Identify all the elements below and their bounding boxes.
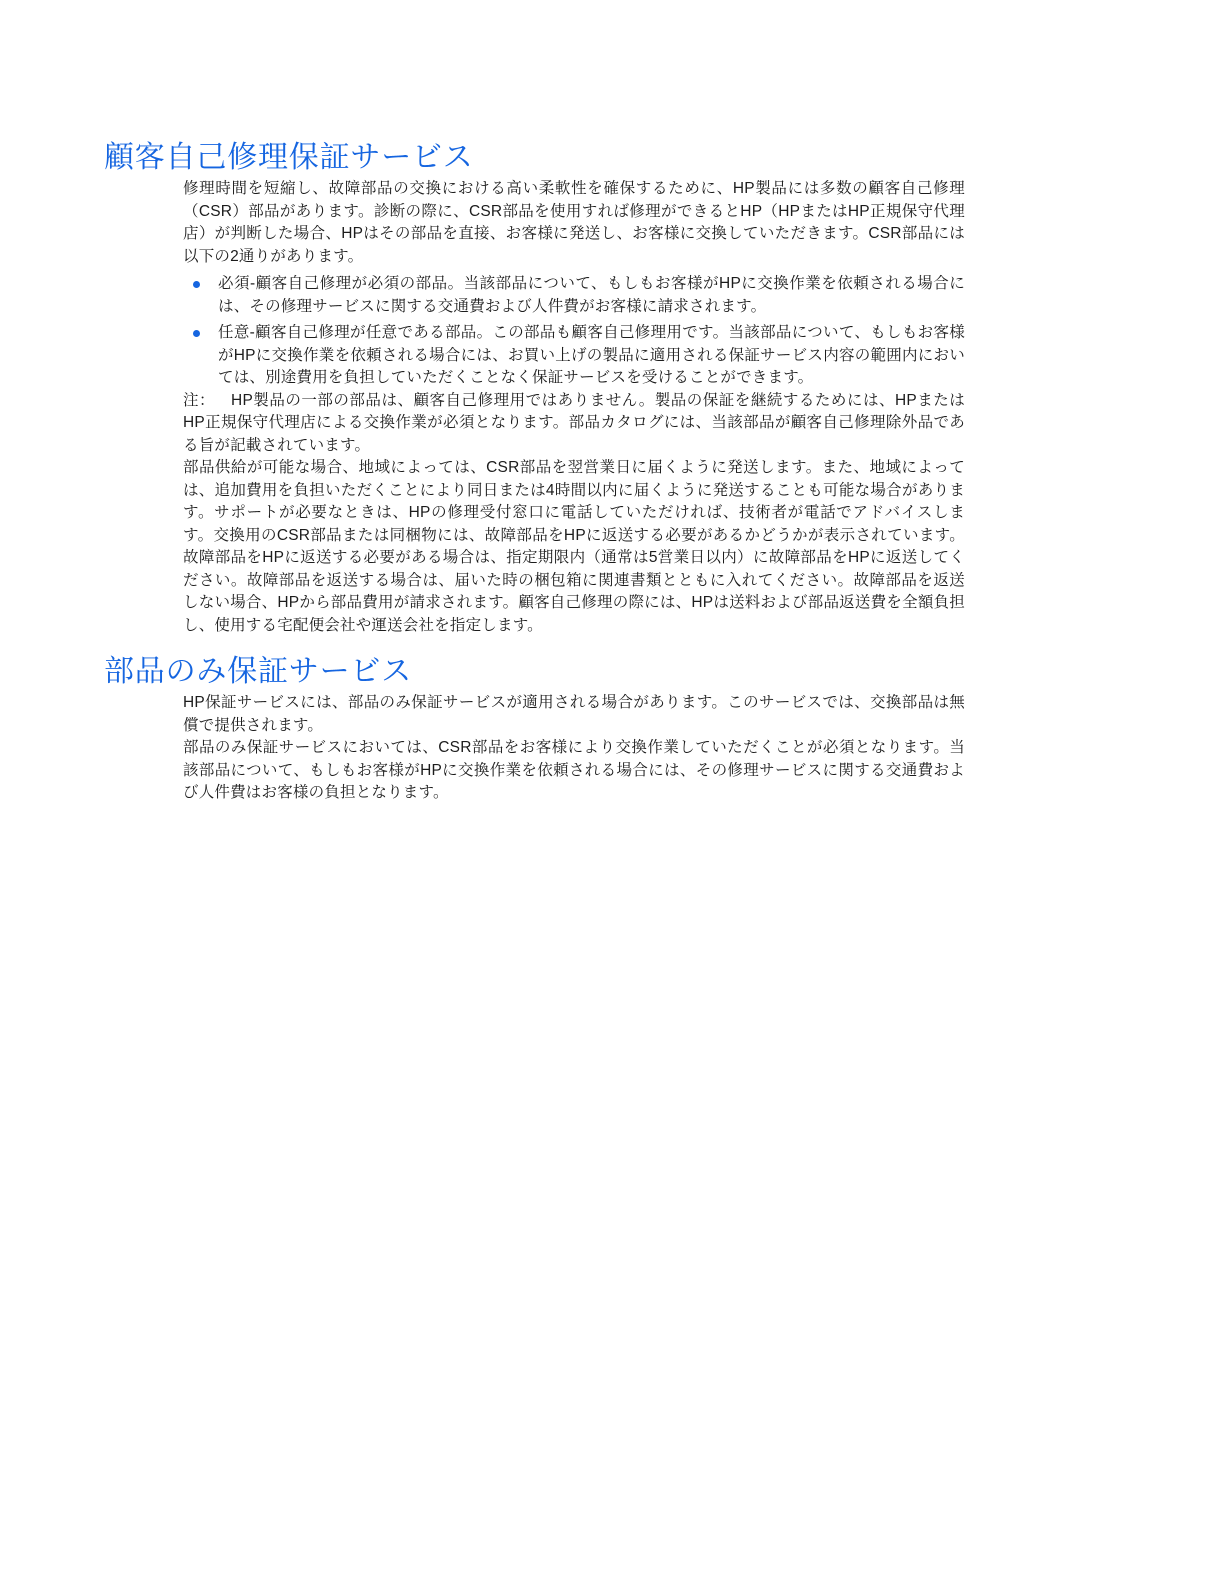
note-label: 注： — [183, 392, 215, 409]
bullet-item-text: 必須-顧客自己修理が必須の部品。当該部品について、もしもお客様がHPに交換作業を… — [218, 275, 965, 315]
note-text: HP製品の一部の部品は、顧客自己修理用ではありません。製品の保証を継続するために… — [183, 392, 965, 454]
parts-only-paragraph-2: 部品のみ保証サービスにおいては、CSR部品をお客様により交換作業していただくこと… — [183, 737, 965, 805]
bullet-list: 必須-顧客自己修理が必須の部品。当該部品について、もしもお客様がHPに交換作業を… — [183, 273, 965, 390]
bullet-dot-icon — [193, 330, 200, 337]
section-heading-csr: 顧客自己修理保証サービス — [104, 0, 1224, 178]
bullet-item-text: 任意-顧客自己修理が任意である部品。この部品も顧客自己修理用です。当該部品につい… — [218, 324, 965, 386]
csr-shipping-paragraph: 部品供給が可能な場合、地域によっては、CSR部品を翌営業日に届くように発送します… — [183, 457, 965, 637]
bullet-item-optional: 任意-顧客自己修理が任意である部品。この部品も顧客自己修理用です。当該部品につい… — [183, 322, 965, 390]
note-paragraph: 注：HP製品の一部の部品は、顧客自己修理用ではありません。製品の保証を継続するた… — [183, 390, 965, 458]
bullet-dot-icon — [193, 281, 200, 288]
section-heading-parts-only: 部品のみ保証サービス — [104, 652, 1224, 692]
csr-intro-paragraph: 修理時間を短縮し、故障部品の交換における高い柔軟性を確保するために、HP製品には… — [183, 178, 965, 268]
bullet-item-mandatory: 必須-顧客自己修理が必須の部品。当該部品について、もしもお客様がHPに交換作業を… — [183, 273, 965, 318]
document-page: 顧客自己修理保証サービス 修理時間を短縮し、故障部品の交換における高い柔軟性を確… — [0, 0, 1224, 1584]
parts-only-paragraph-1: HP保証サービスには、部品のみ保証サービスが適用される場合があります。このサービ… — [183, 692, 965, 737]
